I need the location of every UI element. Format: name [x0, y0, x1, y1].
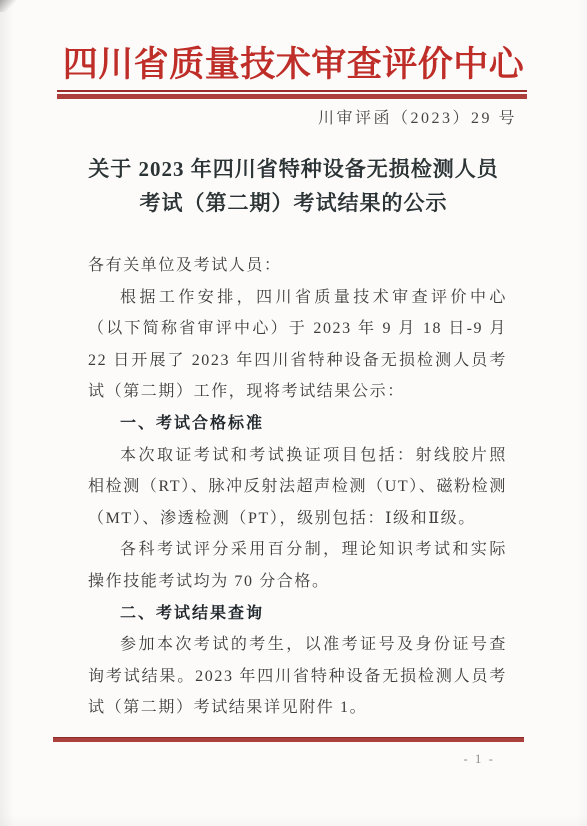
section2-heading: 二、考试结果查询: [88, 598, 507, 630]
document-title: 关于 2023 年四川省特种设备无损检测人员 考试（第二期）考试结果的公示: [0, 152, 587, 220]
page-number: - 1 -: [463, 751, 495, 767]
document-title-line-1: 关于 2023 年四川省特种设备无损检测人员: [0, 152, 587, 186]
intro-paragraph: 根据工作安排，四川省质量技术审查评价中心（以下简称省审评中心）于 2023 年 …: [88, 282, 507, 408]
header-divider-thick-line: [57, 94, 527, 99]
document-reference-number: 川审评函（2023）29 号: [318, 105, 517, 128]
section2-paragraph-1: 参加本次考试的考生，以准考证号及身份证号查询考试结果。2023 年四川省特种设备…: [88, 629, 507, 724]
salutation: 各有关单位及考试人员：: [88, 250, 507, 282]
scanned-document-page: 四川省质量技术审查评价中心 川审评函（2023）29 号 关于 2023 年四川…: [0, 0, 587, 826]
section1-paragraph-1: 本次取证考试和考试换证项目包括：射线胶片照相检测（RT）、脉冲反射法超声检测（U…: [88, 440, 507, 535]
issuing-org-title: 四川省质量技术审查评价中心: [0, 37, 587, 87]
section1-heading: 一、考试合格标准: [88, 408, 507, 440]
header-divider-line: [57, 90, 527, 99]
section1-paragraph-2: 各科考试评分采用百分制，理论知识考试和实际操作技能考试均为 70 分合格。: [88, 534, 507, 597]
header-divider-thin-line: [57, 90, 527, 92]
document-body: 各有关单位及考试人员： 根据工作安排，四川省质量技术审查评价中心（以下简称省审评…: [88, 250, 507, 724]
footer-divider-line: [53, 737, 524, 742]
document-title-line-2: 考试（第二期）考试结果的公示: [0, 186, 587, 220]
